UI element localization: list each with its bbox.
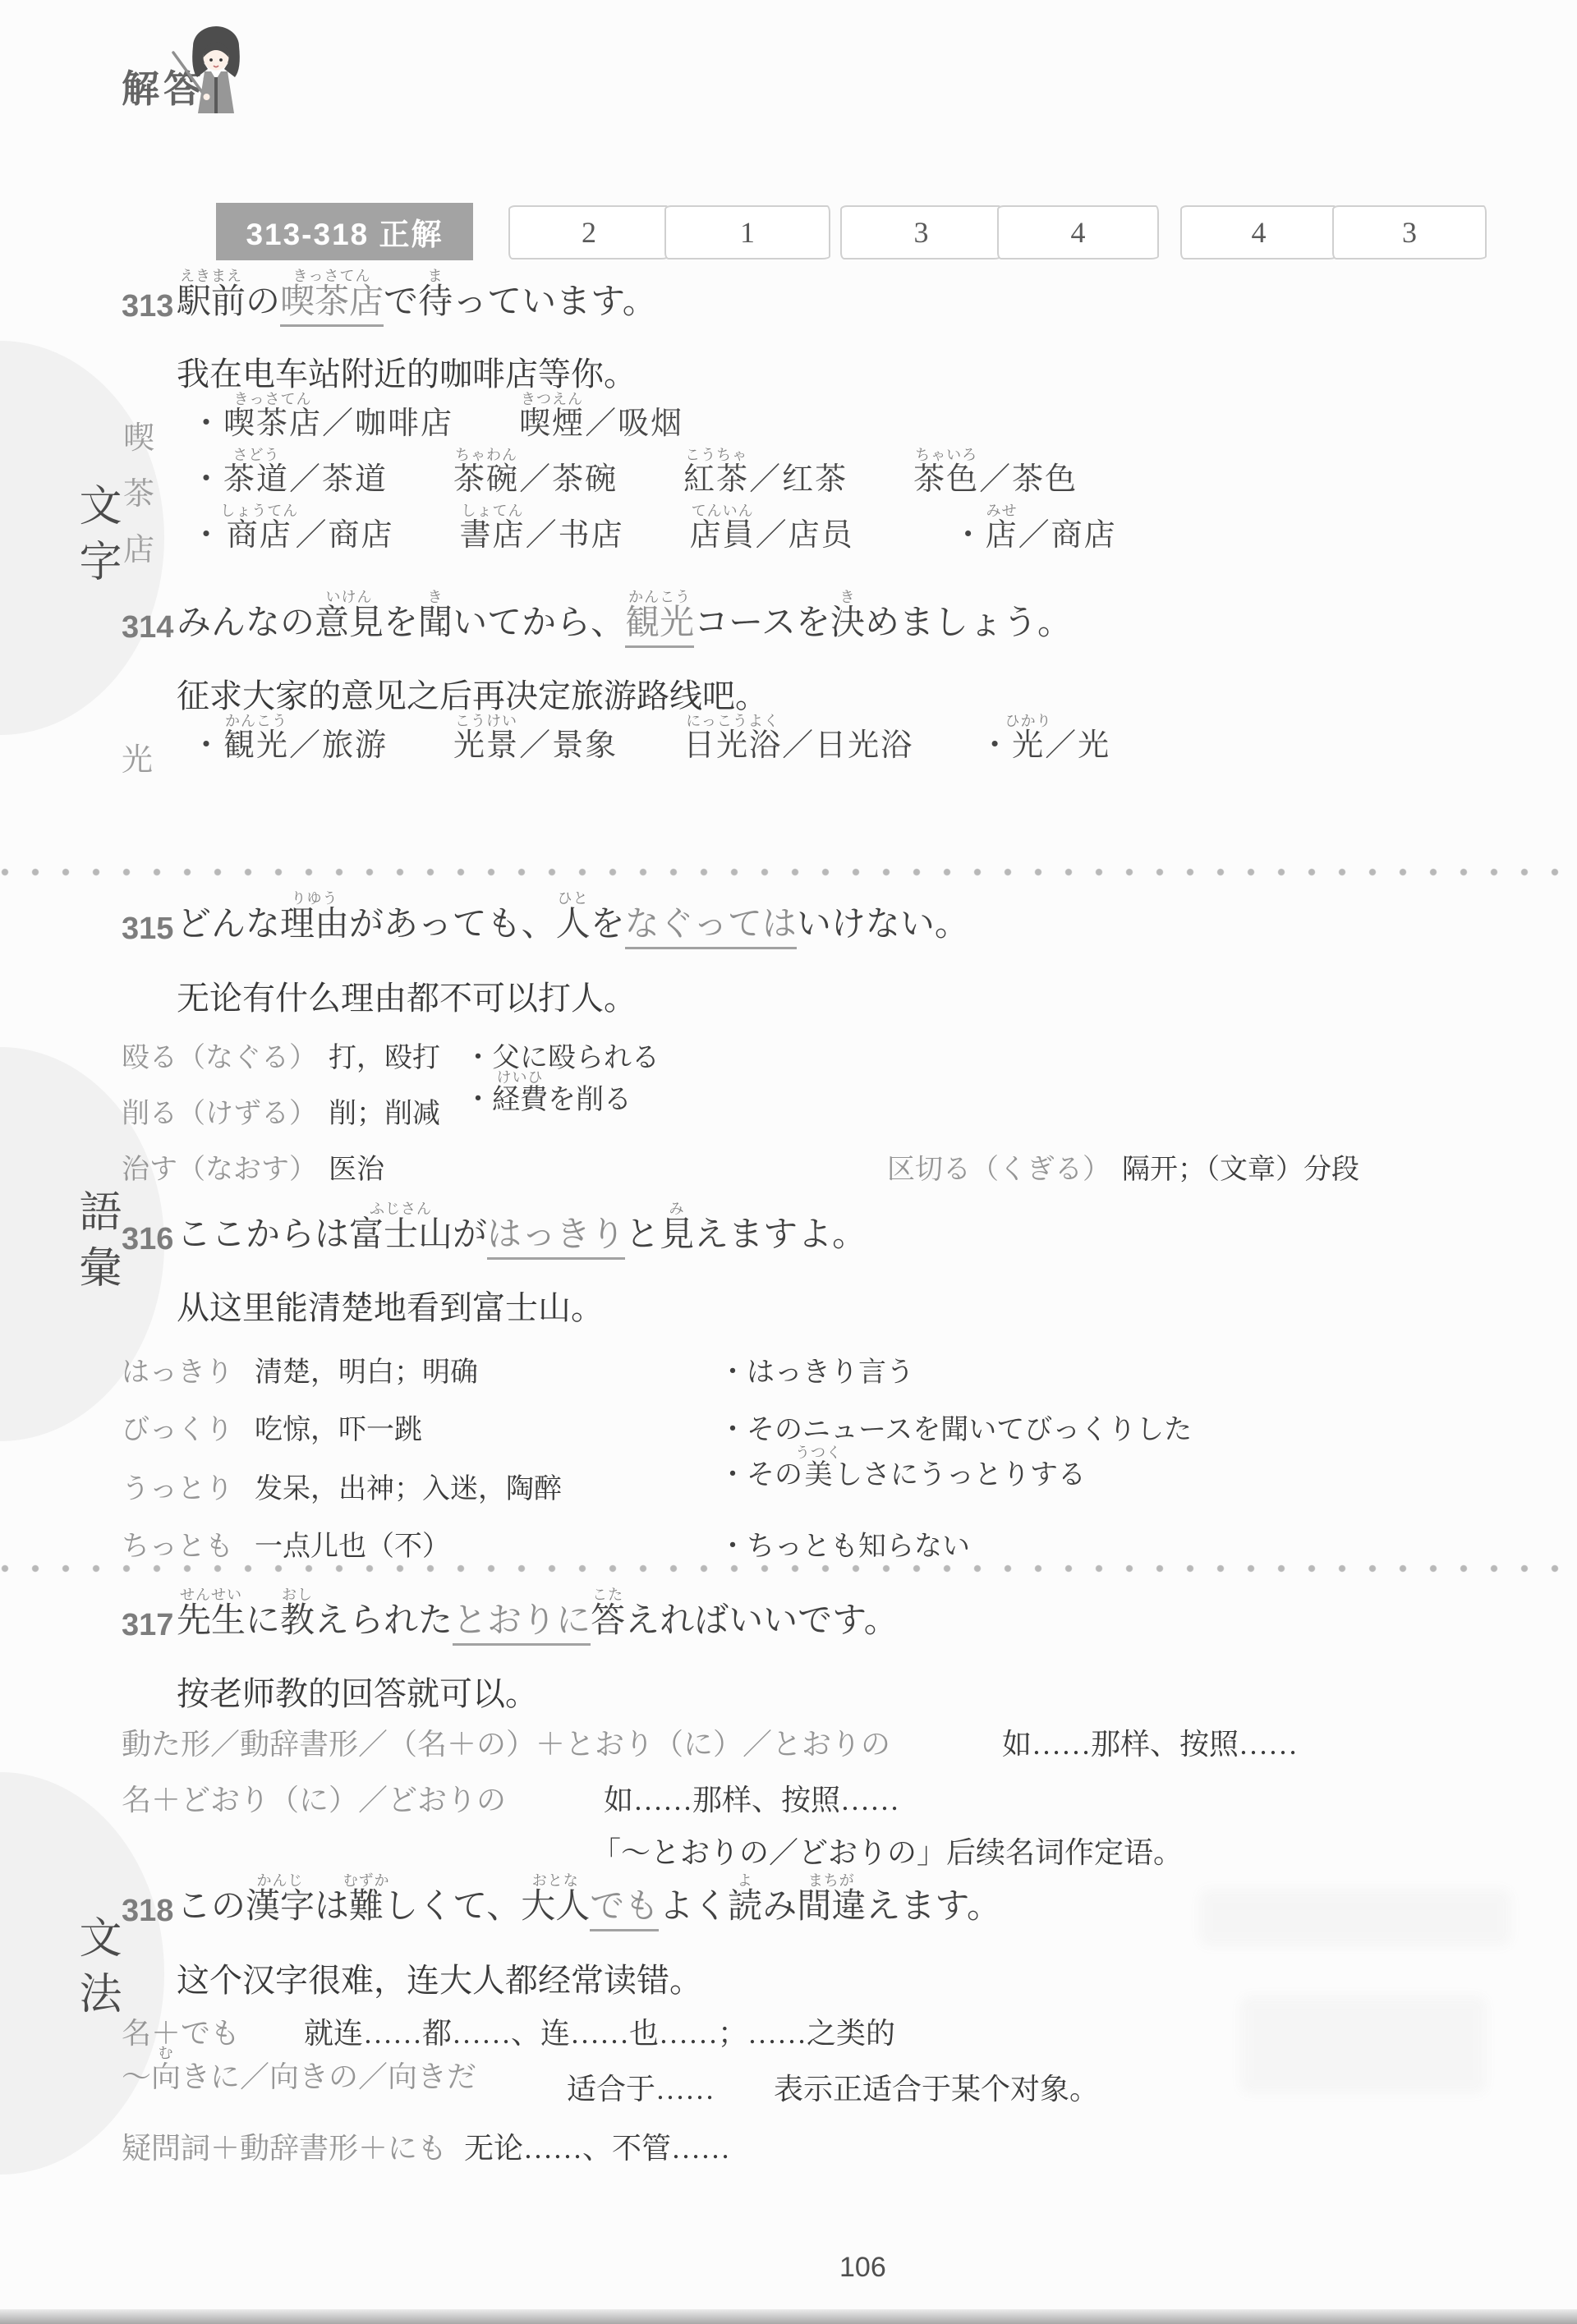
grammar-meaning: 适合于…… 表示正适合于某个对象。: [567, 2066, 1099, 2108]
scan-bleedthrough: [1199, 1889, 1511, 1946]
vocab-term: はっきり: [122, 1349, 233, 1389]
kanji-row-label: 茶: [123, 468, 154, 513]
vocab-meaning: 隔开；（文章）分段: [1122, 1155, 1359, 1185]
translation: 无论有什么理由都不可以打人。: [177, 972, 637, 1019]
grammar-pattern: 名＋どおり（に）／どおりの: [122, 1777, 506, 1819]
grammar-meaning: 如……那样、按照……: [1002, 1721, 1298, 1763]
question-sentence: ここからは富士山ふじさんがはっきりと見みえますよ。: [177, 1201, 867, 1256]
vocab-meaning: 医治: [329, 1155, 384, 1185]
translation: 按老师教的回答就可以。: [177, 1668, 538, 1715]
vocab-meaning: 削；削减: [329, 1099, 440, 1129]
question-sentence: 駅前えきまえの喫茶店きっさてんで待まっています。: [177, 268, 657, 324]
vocab-term: びっくり: [122, 1407, 233, 1447]
vocab-term: 治す（なおす）: [122, 1155, 317, 1185]
question-number: 314: [122, 610, 173, 645]
answer-box: 4: [997, 205, 1159, 259]
question-number: 316: [122, 1222, 173, 1257]
vocab-row: 削る（けずる）削；削减: [122, 1091, 440, 1131]
answer-box: 2: [508, 205, 669, 259]
kanji-row: ・喫茶店きっさてん／咖啡店 喫煙きつえん／吸烟: [191, 391, 683, 443]
kanji-row-label: 喫: [123, 412, 154, 457]
dotted-separator: [0, 867, 1577, 877]
question-sentence: 先生せんせいに教おしえられたとおりに答こたえればいいです。: [177, 1587, 899, 1642]
translation: 这个汉字很难，连大人都经常读错。: [177, 1954, 702, 2001]
grammar-meaning: 如……那样、按照……: [604, 1777, 899, 1819]
grammar-pattern: 疑問詞＋動辞書形＋にも: [122, 2125, 447, 2167]
page-number: 106: [839, 2252, 886, 2284]
vocab-example: ・そのニュースを聞いてびっくりした: [719, 1407, 1192, 1447]
sidebar-tab-moji-label: 文字: [66, 483, 127, 595]
kanji-row: ・商店しょうてん／商店 書店しょてん／书店 店員てんいん／店员 ・店みせ／商店: [191, 503, 1117, 554]
scan-bottom-edge: [0, 2309, 1577, 2324]
vocab-row: 区切る（くぎる）隔开；（文章）分段: [887, 1146, 1359, 1187]
vocab-row: 治す（なおす）医治: [122, 1146, 384, 1187]
vocab-example: ・ちっとも知らない: [719, 1523, 970, 1564]
vocab-term: 殴る（なぐる）: [122, 1043, 317, 1073]
kanji-row-label: 店: [123, 524, 154, 569]
answer-box: 3: [840, 205, 1002, 259]
question-number: 317: [122, 1608, 173, 1643]
vocab-example: ・はっきり言う: [719, 1349, 914, 1389]
answer-box: 3: [1332, 205, 1487, 259]
answer-range-badge: 313-318 正解: [216, 203, 473, 260]
translation: 征求大家的意见之后再决定旅游路线吧。: [177, 670, 768, 717]
sidebar-tab-bunpo-label: 文法: [66, 1915, 127, 2027]
grammar-note: 「～とおりの／どおりの」后续名词作定语。: [591, 1830, 1183, 1872]
vocab-meaning: 吃惊，吓一跳: [255, 1407, 422, 1447]
vocab-example: ・その美うつくしさにうっとりする: [719, 1444, 1086, 1492]
dotted-separator: [0, 1564, 1577, 1573]
kanji-row: ・観光かんこう／旅游 光景こうけい／景象 日光浴にっこうよく／日光浴 ・光ひかり…: [191, 713, 1110, 765]
teacher-girl-illustration: [168, 21, 254, 115]
vocab-row: 殴る（なぐる）打，殴打: [122, 1035, 440, 1075]
vocab-term: うっとり: [122, 1466, 233, 1506]
question-number: 318: [122, 1894, 173, 1929]
question-number: 313: [122, 289, 173, 324]
vocab-term: ちっとも: [122, 1523, 233, 1564]
vocab-example: ・経費けいひを削る: [464, 1069, 632, 1117]
answer-box: 4: [1180, 205, 1337, 259]
vocab-meaning: 一点儿也（不）: [255, 1523, 450, 1564]
vocab-meaning: 打，殴打: [329, 1043, 440, 1073]
vocab-meaning: 清楚，明白；明确: [255, 1349, 478, 1389]
vocab-meaning: 发呆，出神；入迷，陶醉: [255, 1466, 562, 1506]
answer-box: 1: [664, 205, 830, 259]
grammar-pattern: ～向むきに／向きの／向きだ: [122, 2045, 476, 2096]
vocab-term: 削る（けずる）: [122, 1099, 317, 1129]
question-sentence: みんなの意見いけんを聞きいてから、観光かんこうコースを決きめましょう。: [177, 589, 1072, 645]
grammar-pattern: 動た形／動辞書形／（名＋の）＋とおり（に）／とおりの: [122, 1721, 890, 1763]
question-sentence: どんな理由りゆうがあっても、人ひとをなぐってはいけない。: [177, 890, 969, 946]
translation: 我在电车站附近的咖啡店等你。: [177, 348, 637, 395]
question-sentence: この漢字かんじは難むずかしくて、大人おとなでもよく読よみ間違まちがえます。: [177, 1872, 1001, 1928]
scan-bleedthrough: [1240, 1996, 1487, 2094]
translation: 从这里能清楚地看到富士山。: [177, 1282, 604, 1329]
kanji-row-label: 光: [122, 734, 153, 779]
question-number: 315: [122, 912, 173, 947]
vocab-term: 区切る（くぎる）: [887, 1155, 1110, 1185]
grammar-meaning: 无论……、不管……: [464, 2125, 730, 2167]
kanji-row: ・茶道さどう／茶道 茶碗ちゃわん／茶碗 紅茶こうちゃ／红茶 茶色ちゃいろ／茶色: [191, 447, 1078, 498]
textbook-answer-page: 文字 語彙 文法 解答 313-318 正解 2 1 3 4 4 3 313 駅…: [0, 0, 1577, 2324]
sidebar-tab-goi-label: 語彙: [66, 1189, 127, 1301]
